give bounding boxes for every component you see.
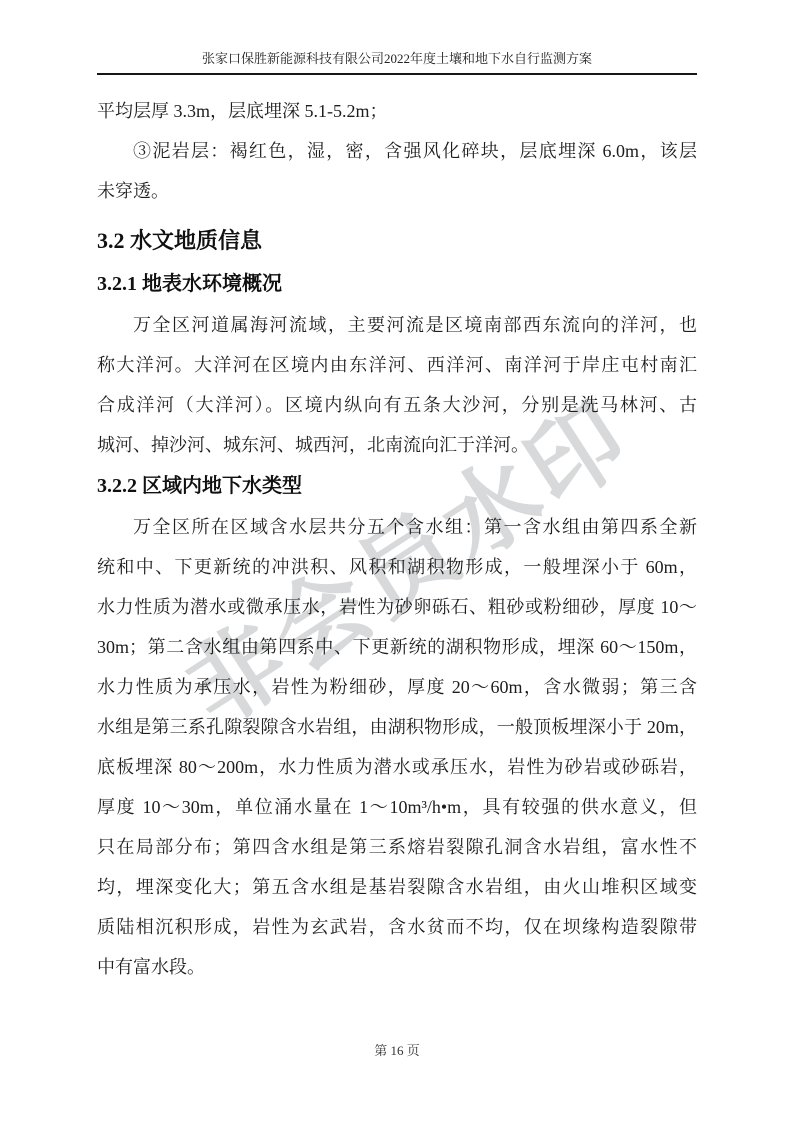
- paragraph: ③泥岩层：褐红色，湿，密，含强风化碎块，层底埋深 6.0m，该层未穿透。: [97, 131, 697, 211]
- paragraph: 万全区河道属海河流域，主要河流是区境南部西东流向的洋河，也称大洋河。大洋河在区境…: [97, 305, 697, 465]
- paragraph-line: 中有富水段。: [97, 947, 697, 987]
- paragraph-line: 万全区河道属海河流域，主要河流是区境南部西东流向的洋河，也: [97, 305, 697, 345]
- page: 非会员水印 张家口保胜新能源科技有限公司2022年度土壤和地下水自行监测方案 平…: [0, 0, 794, 1123]
- header-title: 张家口保胜新能源科技有限公司2022年度土壤和地下水自行监测方案: [97, 50, 697, 67]
- paragraph-line: 厚度 10～30m，单位涌水量在 1～10m³/h•m，具有较强的供水意义，但: [97, 787, 697, 827]
- paragraph-line: 未穿透。: [97, 171, 697, 211]
- page-number: 第 16 页: [374, 1043, 420, 1058]
- paragraph: 万全区所在区域含水层共分五个含水组：第一含水组由第四系全新统和中、下更新统的冲洪…: [97, 507, 697, 987]
- paragraph-line: 万全区所在区域含水层共分五个含水组：第一含水组由第四系全新: [97, 507, 697, 547]
- paragraph-line: ③泥岩层：褐红色，湿，密，含强风化碎块，层底埋深 6.0m，该层: [97, 131, 697, 171]
- paragraph-line: 合成洋河（大洋河）。区境内纵向有五条大沙河，分别是洗马林河、古: [97, 385, 697, 425]
- paragraph-line: 城河、掉沙河、城东河、城西河，北南流向汇于洋河。: [97, 425, 697, 465]
- paragraph-line: 称大洋河。大洋河在区境内由东洋河、西洋河、南洋河于岸庄屯村南汇: [97, 345, 697, 385]
- paragraph-line: 水力性质为潜水或微承压水，岩性为砂卵砾石、粗砂或粉细砂，厚度 10～: [97, 587, 697, 627]
- section-heading: 3.2.1 地表水环境概况: [97, 263, 697, 305]
- document-body: 平均层厚 3.3m，层底埋深 5.1-5.2m；③泥岩层：褐红色，湿，密，含强风…: [97, 91, 697, 987]
- paragraph-line: 统和中、下更新统的冲洪积、风积和湖积物形成，一般埋深小于 60m，: [97, 547, 697, 587]
- paragraph-line: 底板埋深 80～200m，水力性质为潜水或承压水，岩性为砂岩或砂砾岩，: [97, 747, 697, 787]
- paragraph-line: 质陆相沉积形成，岩性为玄武岩，含水贫而不均，仅在坝缘构造裂隙带: [97, 907, 697, 947]
- paragraph-line: 水力性质为承压水，岩性为粉细砂，厚度 20～60m，含水微弱；第三含: [97, 667, 697, 707]
- paragraph-line: 平均层厚 3.3m，层底埋深 5.1-5.2m；: [97, 91, 697, 131]
- page-footer: 第 16 页: [0, 1040, 794, 1059]
- paragraph: 平均层厚 3.3m，层底埋深 5.1-5.2m；: [97, 91, 697, 131]
- paragraph-line: 只在局部分布；第四含水组是第三系熔岩裂隙孔洞含水岩组，富水性不: [97, 827, 697, 867]
- paragraph-line: 30m；第二含水组由第四系中、下更新统的湖积物形成，埋深 60～150m，: [97, 627, 697, 667]
- section-heading: 3.2 水文地质信息: [97, 219, 697, 263]
- paragraph-line: 水组是第三系孔隙裂隙含水岩组，由湖积物形成，一般顶板埋深小于 20m，: [97, 707, 697, 747]
- paragraph-line: 均，埋深变化大；第五含水组是基岩裂隙含水岩组，由火山堆积区域变: [97, 867, 697, 907]
- page-header: 张家口保胜新能源科技有限公司2022年度土壤和地下水自行监测方案: [97, 50, 697, 75]
- section-heading: 3.2.2 区域内地下水类型: [97, 465, 697, 507]
